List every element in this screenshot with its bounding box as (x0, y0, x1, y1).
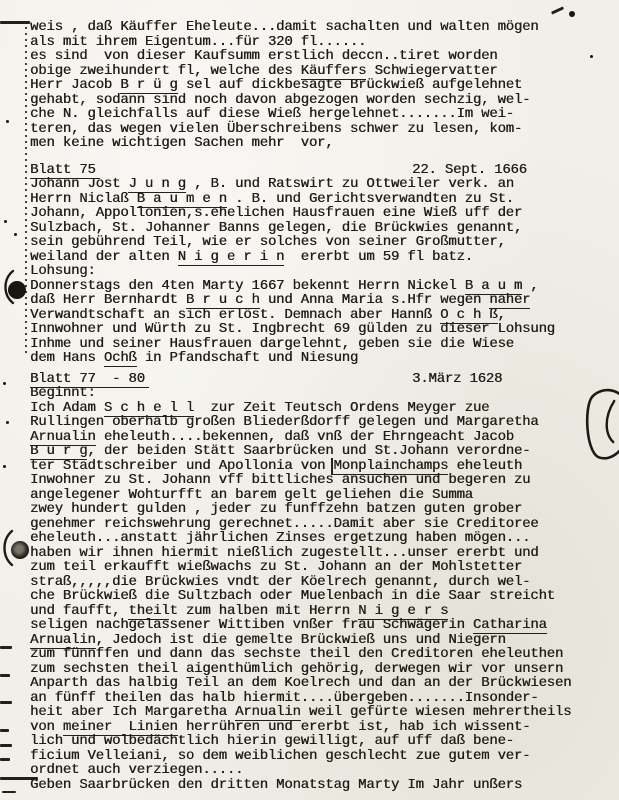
text-line: eheleuth...anstatt jährlichen Zinses erg… (30, 531, 608, 546)
text-line: che N. gleichfalls auf diese Wieß hergel… (30, 107, 608, 122)
speck-left-6 (3, 465, 6, 468)
text-line: lich und wolbedächtlich hierin gewilligt… (30, 734, 608, 749)
ink-blot-2 (11, 541, 29, 559)
paragraph: Johann Jost J u n g , B. und Ratswirt zu… (30, 177, 608, 366)
text-line: genehmer reichswehrung gerechnet.....Dam… (30, 517, 608, 532)
text-line: weiland der alten N i g e r i n ererbt u… (30, 250, 608, 265)
text-line: es sind von dieser Kaufsumm erstlich dec… (30, 49, 608, 64)
text-line: Lohsung: (30, 264, 608, 279)
text-line: an fünff theilen das halb hiermit....übe… (30, 691, 608, 706)
text-line: Arnualin, Jedoch ist die gemelte Brückwi… (30, 633, 608, 648)
corner-line-top-left (0, 21, 30, 24)
blatt-heading: Blatt 75 (30, 162, 100, 179)
underlined-text: Ochß (104, 350, 137, 367)
text-line: angelegener Wohturfft an barem gelt geli… (30, 488, 608, 503)
text-line: Inhme und seiner Hausfrauen dargelehnt, … (30, 337, 608, 352)
text-line: ter Stadtschreiber und Apollonia von Mon… (30, 459, 608, 474)
edge-dash-7 (2, 791, 16, 793)
speck-left-4 (3, 382, 6, 385)
edge-dash-2 (0, 674, 10, 677)
text-line: dem Hans Ochß in Pfandschaft und Niesung (30, 351, 608, 366)
text-line: weis , daß Käuffer Eheleute...damit sach… (30, 20, 608, 35)
document-text: weis , daß Käuffer Eheleute...damit sach… (30, 20, 608, 792)
entry-date: 22. Sept. 1666 (412, 163, 527, 178)
text-line: Herrn Niclaß B a u m e n . B. und Gerich… (30, 192, 608, 207)
text-line: als mit ihrem Eigentum...für 320 fl.....… (30, 35, 608, 50)
entry-heading-row: Blatt 77 - 803.März 1628 (30, 372, 608, 387)
text-line: sein gebührend Teil, wie er solches von … (30, 235, 608, 250)
text-line: heit aber Ich Margaretha Arnualin weil g… (30, 705, 608, 720)
speck-left-2 (4, 220, 7, 223)
text-line: Innwohner und Würth zu St. Ingbrecht 69 … (30, 322, 608, 337)
text-line: gehabt, sodann sind noch davon abgezogen… (30, 93, 608, 108)
entry-heading-row: Blatt 7522. Sept. 1666 (30, 163, 608, 178)
underlined-text: N i g e r i n (178, 249, 285, 266)
blatt-heading: Blatt 77 - 80 (30, 371, 149, 388)
edge-dash-4 (0, 729, 9, 732)
fold-dotted-line (25, 27, 27, 357)
text-line: von meiner Linien herrühren und ererbt i… (30, 720, 608, 735)
text-line: zum sechsten theil aigenthümlich gehörig… (30, 662, 608, 677)
edge-dash-3 (0, 701, 12, 704)
text-line: obige zweihundert fl, welche des Käuffer… (30, 64, 608, 79)
text-line: Geben Saarbrücken den dritten Monatstag … (30, 778, 608, 793)
text-line: straß,,,,,die Brückwies vndt der Köelrec… (30, 575, 608, 590)
text-line: B u r g, der beiden Stätt Saarbrücken un… (30, 444, 608, 459)
text-line: ficium Velleiani, so dem weiblichen gesc… (30, 749, 608, 764)
text-line: Arnualin eheleuth....bekennen, daß vnß d… (30, 430, 608, 445)
text-line: Beginnt: (30, 386, 608, 401)
handwritten-paren-mark-2 (0, 529, 14, 567)
paragraph: weis , daß Käuffer Eheleute...damit sach… (30, 20, 608, 151)
text-line: Herr Jacob B r ü g sel auf dickbesagte B… (30, 78, 608, 93)
text-line: haben wir ihnen hiermit nießlich zugeste… (30, 546, 608, 561)
text-line: und faufft, theilt zum halben mit Herrn … (30, 604, 608, 619)
text-line: Inwohner zu St. Johann vff bittliches an… (30, 473, 608, 488)
ink-dot-top-right (569, 11, 575, 17)
text-line: zwey hundert gulden , jeder zu funffzehn… (30, 502, 608, 517)
edge-dash-6 (0, 758, 10, 761)
text-line: seligen nachgelassener Wittiben vnßer fr… (30, 618, 608, 633)
text-line: Verwandtschaft an sich erlöst. Demnach a… (30, 308, 608, 323)
ink-blot-1 (8, 281, 26, 299)
edge-dash-1 (0, 646, 12, 649)
text-line: Johann, Appollonien,s.ehelichen Hausfrau… (30, 206, 608, 221)
speck-left-1 (6, 120, 9, 123)
ink-dash-top-right (551, 6, 564, 14)
document-page: weis , daß Käuffer Eheleute...damit sach… (0, 0, 619, 800)
entry-date: 3.März 1628 (412, 372, 502, 387)
speck-left-3 (14, 233, 17, 236)
text-line: che Brückwieß die Sultzbach oder Muelenb… (30, 589, 608, 604)
text-line: zum teil erkaufft wießwachs zu St. Johan… (30, 560, 608, 575)
text-line: ordnet auch verziegen..... (30, 763, 608, 778)
text-line: men keine wichtigen Sachen mehr vor, (30, 136, 608, 151)
text-line: Ich Adam S c h e l l zur Zeit Teutsch Or… (30, 401, 608, 416)
text-line: daß Herr Bernhardt B r u c h und Anna Ma… (30, 293, 608, 308)
speck-left-5 (6, 421, 9, 424)
text-line: teren, das wegen vielen Überschreibens s… (30, 122, 608, 137)
text-line: Johann Jost J u n g , B. und Ratswirt zu… (30, 177, 608, 192)
text-line: Sulzbach, St. Johanner Banns gelegen, di… (30, 221, 608, 236)
text-line: Anparth das halbig Teil an dem Koelrech … (30, 676, 608, 691)
text-line: Donnerstags den 4ten Marty 1667 bekennt … (30, 279, 608, 294)
text-line: Rullingen oberhalb großen Bliederßdorff … (30, 415, 608, 430)
handwritten-paren-mark-1 (1, 269, 15, 305)
edge-dash-5 (0, 744, 12, 747)
text-line: zum fünnffen und dann das sechste theil … (30, 647, 608, 662)
paragraph: Beginnt:Ich Adam S c h e l l zur Zeit Te… (30, 386, 608, 792)
